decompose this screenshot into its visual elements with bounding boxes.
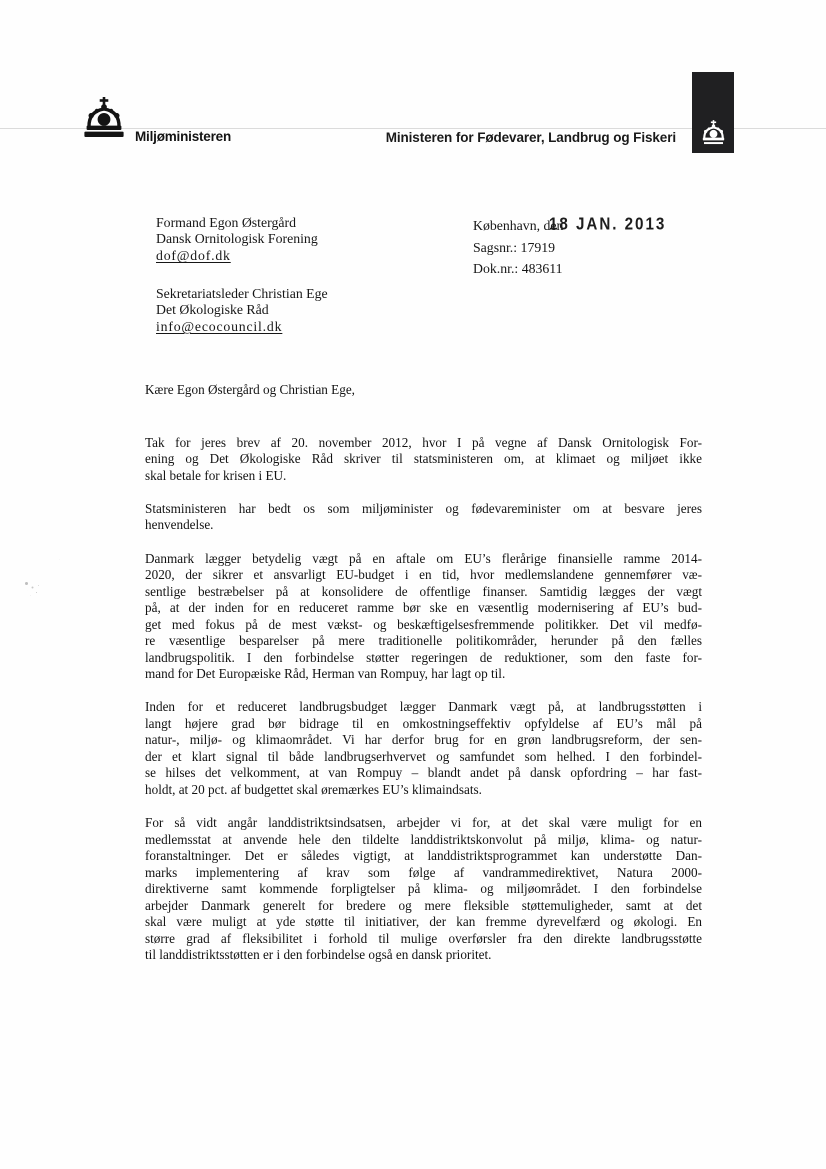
ministry-emblem-box	[692, 72, 734, 153]
danish-crown-inverse-icon	[700, 120, 727, 146]
text-line: For så vidt angår landdistriktsindsatsen…	[145, 815, 702, 832]
paragraph: For så vidt angår landdistriktsindsatsen…	[145, 815, 702, 964]
recipient-1-name: Formand Egon Østergård	[156, 215, 328, 231]
text-line: større grad af fleksibilitet i forhold t…	[145, 931, 702, 948]
text-line: henvendelse.	[145, 517, 702, 534]
recipient-address-block: Formand Egon Østergård Dansk Ornitologis…	[156, 215, 328, 356]
text-line: skal betale for krisen i EU.	[145, 468, 702, 485]
text-line: sentlige bestræbelser på at konsolidere …	[145, 584, 702, 601]
paragraphs-container: Tak for jeres brev af 20. november 2012,…	[145, 435, 702, 964]
text-line: holdt, at 20 pct. af budgettet skal ørem…	[145, 782, 702, 799]
text-line: skal være muligt at yde støtte til initi…	[145, 914, 702, 931]
paragraph: Inden for et reduceret landbrugsbudget l…	[145, 699, 702, 798]
doc-number-value: 483611	[522, 261, 563, 276]
text-line: Danmark lægger betydelig vægt på en afta…	[145, 551, 702, 568]
paragraph: Tak for jeres brev af 20. november 2012,…	[145, 435, 702, 485]
ministry-name-left: Miljøministeren	[135, 129, 231, 144]
case-number-value: 17919	[521, 240, 556, 255]
text-line: re væsentlige besparelser på mere tradit…	[145, 633, 702, 650]
letter-body: Kære Egon Østergård og Christian Ege, Ta…	[145, 382, 702, 980]
text-line: ening og Det Økologiske Råd skriver til …	[145, 451, 702, 468]
recipient-1-email: dof@dof.dk	[156, 248, 231, 264]
text-line: direktiverne samt kommende forpligtelser…	[145, 881, 702, 898]
text-line: 2020, der sikrer et ansvarligt EU-budget…	[145, 567, 702, 584]
scan-smudge-artifact	[25, 582, 28, 585]
text-line: langt højere grad bør bidrage til en omk…	[145, 716, 702, 733]
text-line: medlemsstat at anvende hele den tildelte…	[145, 832, 702, 849]
recipient-2: Sekretariatsleder Christian Ege Det Økol…	[156, 286, 328, 336]
text-line: på, at der inden for en reduceret ramme …	[145, 600, 702, 617]
text-line: til landdistriktsstøtten er i den forbin…	[145, 947, 702, 964]
text-line: Inden for et reduceret landbrugsbudget l…	[145, 699, 702, 716]
date-stamp: 18 JAN. 2013	[549, 215, 666, 235]
text-line: se hilses det velkomment, at van Rompuy …	[145, 765, 702, 782]
paragraph: Danmark lægger betydelig vægt på en afta…	[145, 551, 702, 683]
text-line: marks implementering af krav som følge a…	[145, 865, 702, 882]
recipient-1: Formand Egon Østergård Dansk Ornitologis…	[156, 215, 328, 265]
danish-crown-icon	[82, 97, 126, 143]
recipient-1-org: Dansk Ornitologisk Forening	[156, 231, 328, 247]
recipient-2-org: Det Økologiske Råd	[156, 302, 328, 318]
text-line: natur-, miljø- og klimaområdet. Vi har d…	[145, 732, 702, 749]
text-line: mand for Det Europæiske Råd, Herman van …	[145, 666, 702, 683]
text-line: landbrugspolitik. I den forbindelse støt…	[145, 650, 702, 667]
text-line: der et klart signal til både landbrugser…	[145, 749, 702, 766]
text-line: Tak for jeres brev af 20. november 2012,…	[145, 435, 702, 452]
recipient-2-name: Sekretariatsleder Christian Ege	[156, 286, 328, 302]
text-line: get med fokus på de mest vækst- og beskæ…	[145, 617, 702, 634]
text-line: foranstaltninger. Det er således vigtigt…	[145, 848, 702, 865]
recipient-2-email: info@ecocouncil.dk	[156, 319, 282, 335]
case-number-line: Sagsnr.: 17919	[473, 237, 563, 259]
letter-page: Miljøministeren Ministeren for Fødevarer…	[0, 0, 826, 1169]
ministry-name-right: Ministeren for Fødevarer, Landbrug og Fi…	[386, 130, 676, 145]
text-line: Statsministeren har bedt os som miljømin…	[145, 501, 702, 518]
paragraph: Statsministeren har bedt os som miljømin…	[145, 501, 702, 534]
salutation: Kære Egon Østergård og Christian Ege,	[145, 382, 702, 399]
text-line: arbejder Danmark generelt for bredere og…	[145, 898, 702, 915]
doc-number-line: Dok.nr.: 483611	[473, 258, 563, 280]
